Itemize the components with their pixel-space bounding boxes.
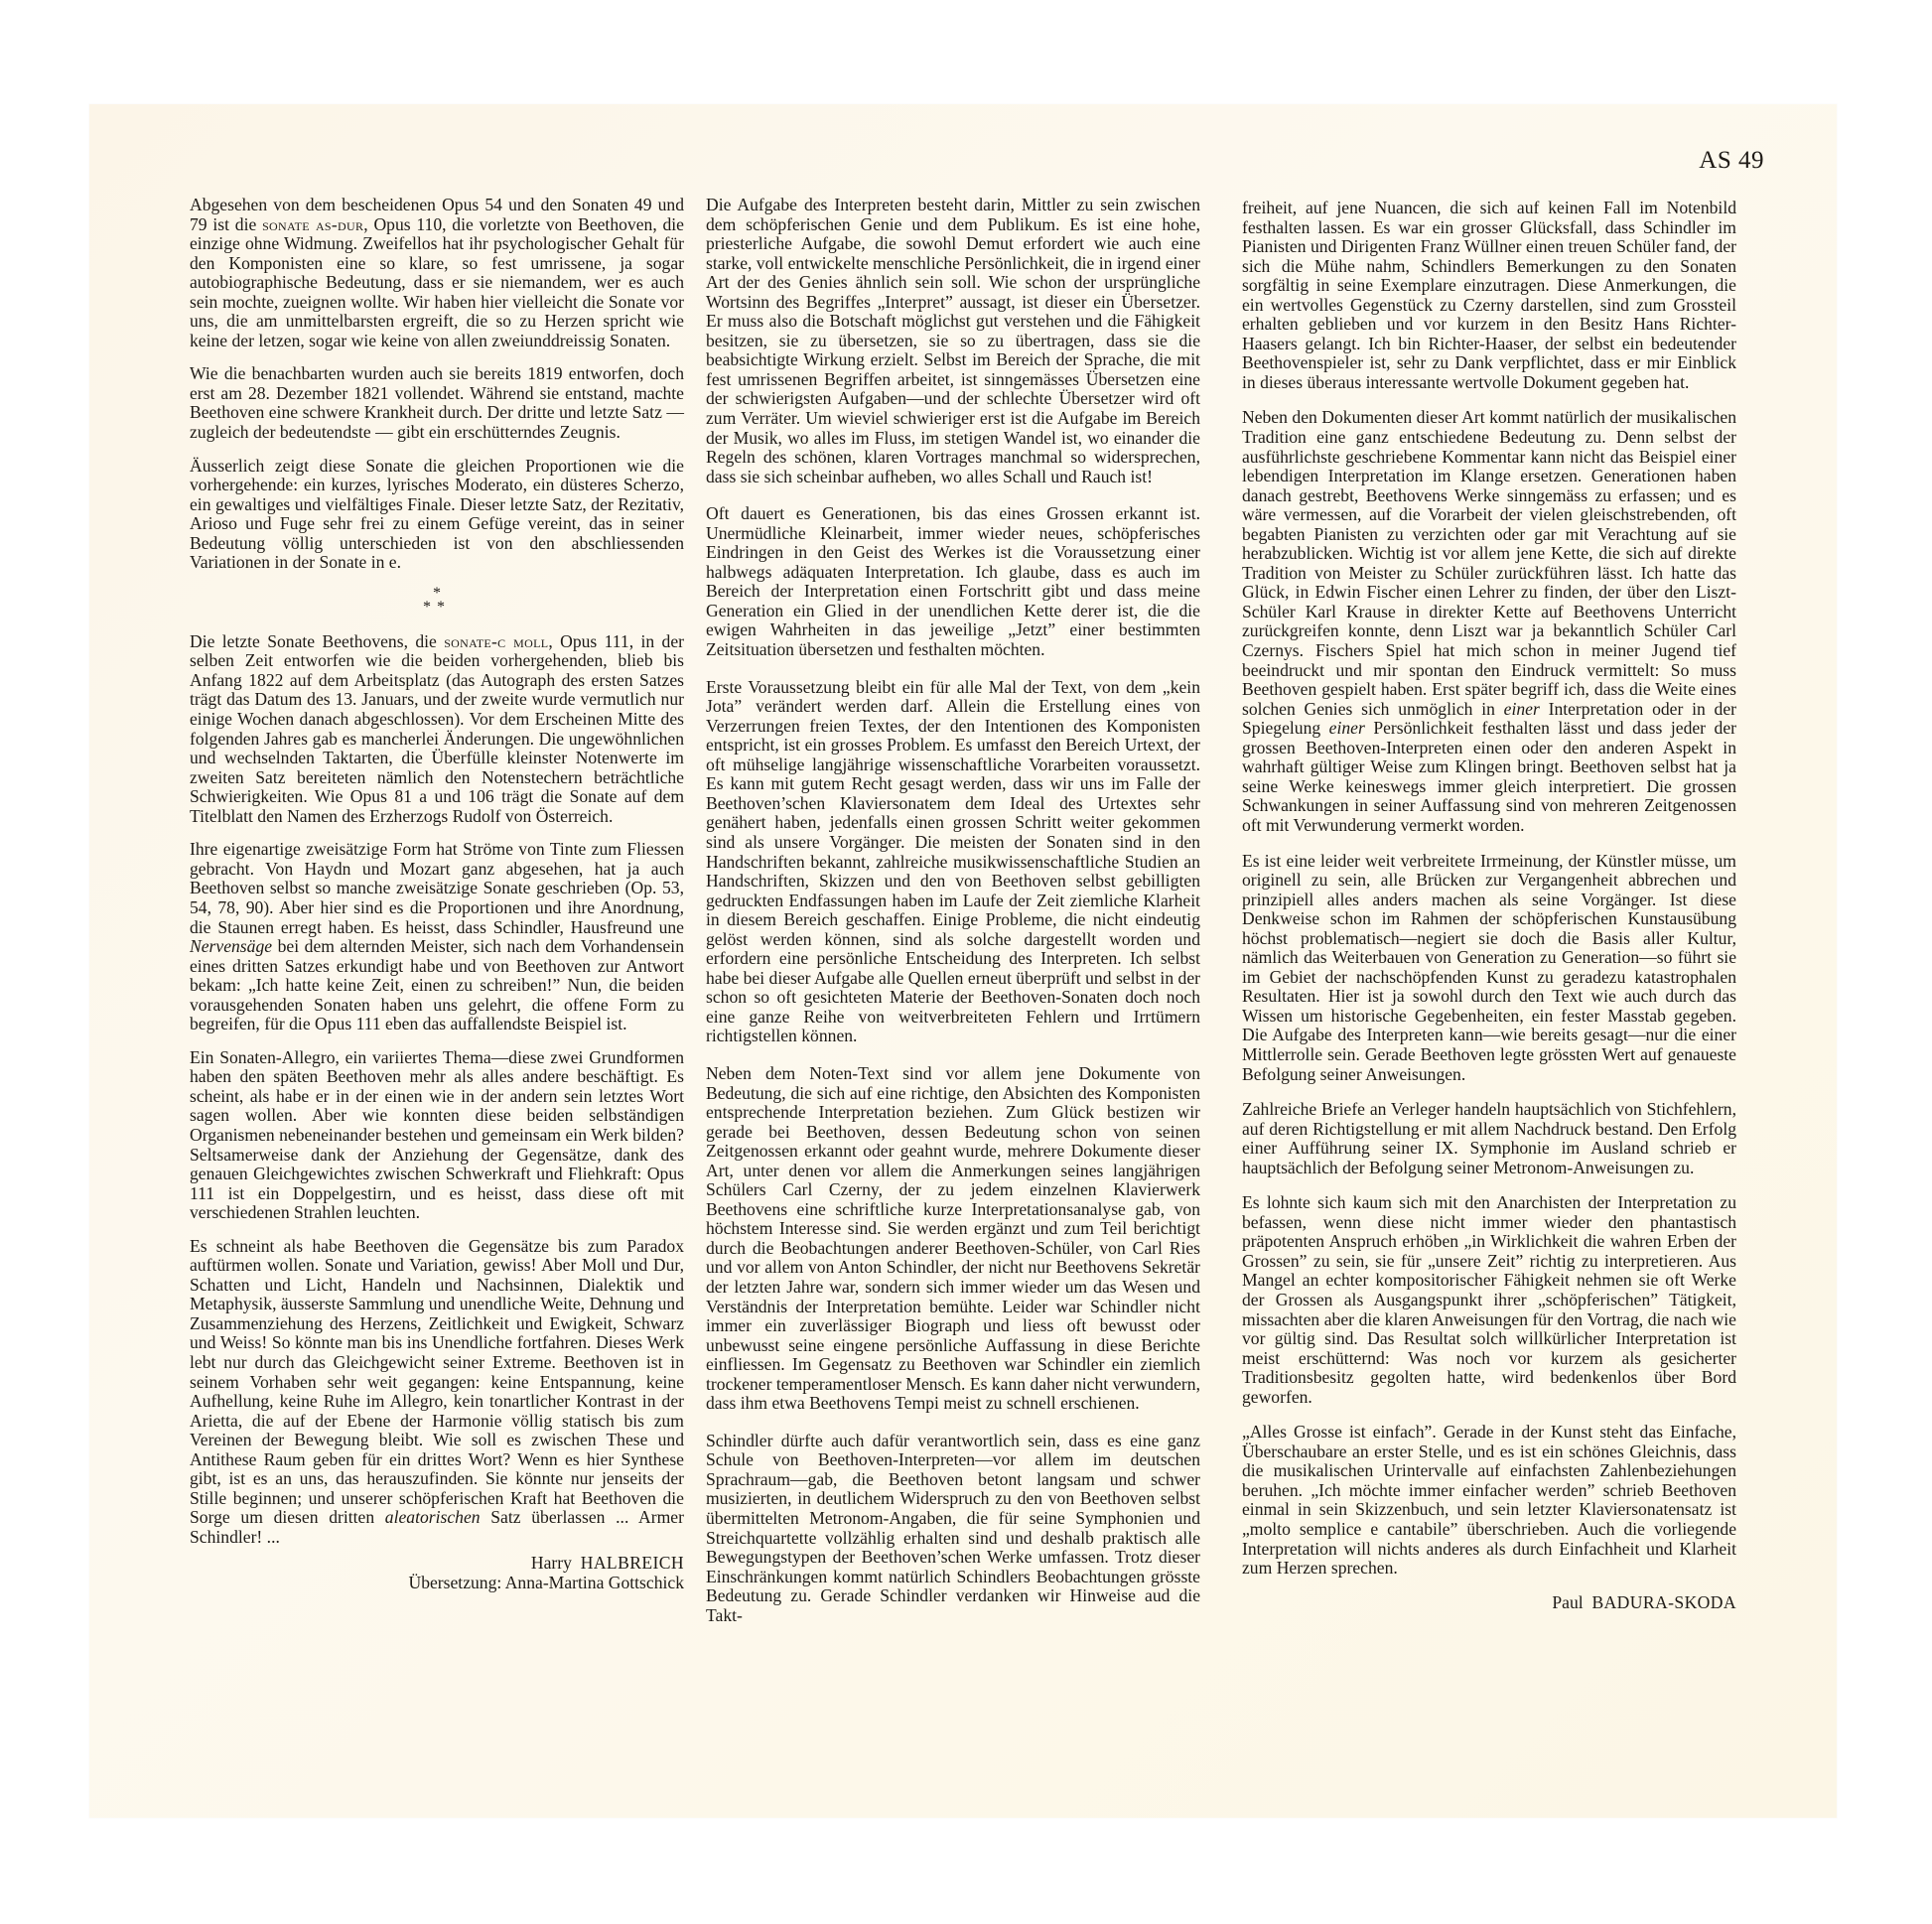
paragraph: Es schneint als habe Beethoven die Gegen… [190,1237,684,1548]
emphasis: Nervensäge [190,936,272,956]
paragraph: Die Aufgabe des Interpreten besteht dari… [706,196,1200,486]
paragraph: Ihre eigenartige zweisätzige Form hat St… [190,840,684,1033]
paragraph: Äusserlich zeigt diese Sonate die gleich… [190,457,684,573]
liner-notes-page: AS 49 Abgesehen von dem bescheidenen Opu… [89,104,1837,1818]
author-signature: Paul BADURA-SKODA [1242,1592,1736,1612]
paragraph: Schindler dürfte auch dafür verantwortli… [706,1432,1200,1625]
paragraph: Zahlreiche Briefe an Verleger handeln ha… [1242,1100,1736,1177]
column-halbreich-essay: Abgesehen von dem bescheidenen Opus 54 u… [190,196,684,1592]
author-first-name: Harry [531,1553,572,1573]
column-badura-skoda-essay-part1: Die Aufgabe des Interpreten besteht dari… [706,196,1200,1643]
emphasis: aleatorischen [385,1507,481,1527]
column-badura-skoda-essay-part2: freiheit, auf jene Nuancen, die sich auf… [1242,199,1736,1612]
author-first-name: Paul [1552,1592,1583,1612]
page-number: AS 49 [1699,147,1764,175]
author-signature: Harry HALBREICH Übersetzung: Anna-Martin… [190,1553,684,1592]
sonata-title-as-dur: Sonate As-Dur [262,214,363,234]
sonata-title-c-moll: Sonate-c moll [444,631,548,651]
paragraph: Neben den Dokumenten dieser Art kommt na… [1242,408,1736,835]
paragraph: freiheit, auf jene Nuancen, die sich auf… [1242,199,1736,392]
paragraph: Erste Voraussetzung bleibt ein für alle … [706,678,1200,1046]
emphasis: einer [1329,718,1365,738]
paragraph: Abgesehen von dem bescheidenen Opus 54 u… [190,196,684,350]
paragraph: Die letzte Sonate Beethovens, die Sonate… [190,632,684,826]
paragraph: „Alles Grosse ist einfach”. Gerade in de… [1242,1423,1736,1578]
author-last-name: BADURA-SKODA [1591,1592,1736,1612]
paragraph: Oft dauert es Generationen, bis das eine… [706,504,1200,659]
translator-credit: Übersetzung: Anna-Martina Gottschick [190,1573,684,1592]
author-last-name: HALBREICH [581,1553,684,1573]
section-separator-asterism: * ** [190,587,684,615]
paragraph: Es ist eine leider weit verbreitete Irrm… [1242,852,1736,1085]
paragraph: Ein Sonaten-Allegro, ein variiertes Them… [190,1048,684,1223]
paragraph: Wie die benachbarten wurden auch sie ber… [190,364,684,442]
paragraph: Neben dem Noten-Text sind vor allem jene… [706,1064,1200,1414]
emphasis: einer [1504,699,1540,719]
paragraph: Es lohnte sich kaum sich mit den Anarchi… [1242,1193,1736,1407]
